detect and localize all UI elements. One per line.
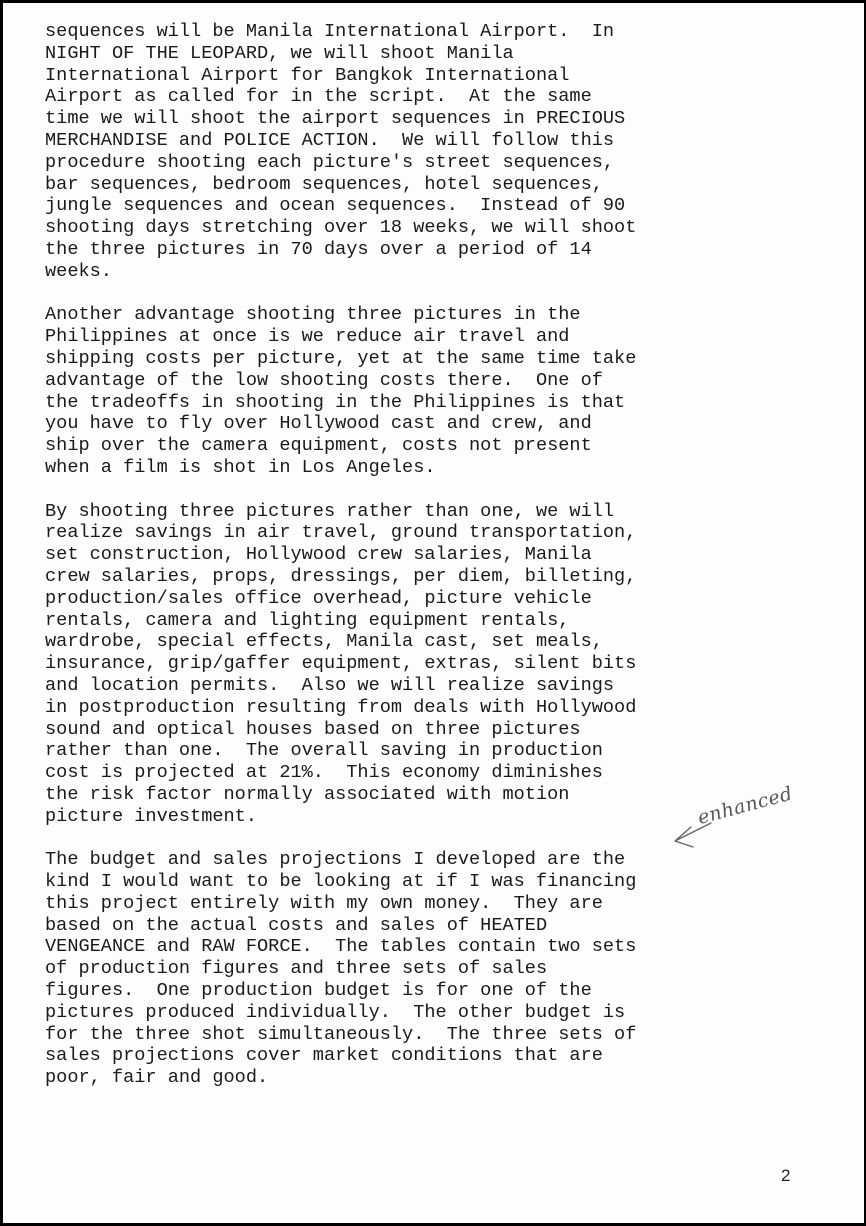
text-line: of production figures and three sets of … bbox=[45, 958, 845, 980]
text-line: procedure shooting each picture's street… bbox=[45, 152, 845, 174]
text-line: this project entirely with my own money.… bbox=[45, 893, 845, 915]
text-line: you have to fly over Hollywood cast and … bbox=[45, 413, 845, 435]
text-line: rather than one. The overall saving in p… bbox=[45, 740, 845, 762]
paragraph: By shooting three pictures rather than o… bbox=[45, 501, 845, 828]
text-line: sequences will be Manila International A… bbox=[45, 21, 845, 43]
text-line: shooting days stretching over 18 weeks, … bbox=[45, 217, 845, 239]
text-line: figures. One production budget is for on… bbox=[45, 980, 845, 1002]
text-line: insurance, grip/gaffer equipment, extras… bbox=[45, 653, 845, 675]
text-line: kind I would want to be looking at if I … bbox=[45, 871, 845, 893]
text-line: rentals, camera and lighting equipment r… bbox=[45, 610, 845, 632]
paragraph: Another advantage shooting three picture… bbox=[45, 304, 845, 478]
text-line: sales projections cover market condition… bbox=[45, 1045, 845, 1067]
text-line: Philippines at once is we reduce air tra… bbox=[45, 326, 845, 348]
text-line: time we will shoot the airport sequences… bbox=[45, 108, 845, 130]
paragraph: The budget and sales projections I devel… bbox=[45, 849, 845, 1089]
text-line: the tradeoffs in shooting in the Philipp… bbox=[45, 392, 845, 414]
document-body: sequences will be Manila International A… bbox=[45, 21, 845, 1111]
text-line: advantage of the low shooting costs ther… bbox=[45, 370, 845, 392]
text-line: MERCHANDISE and POLICE ACTION. We will f… bbox=[45, 130, 845, 152]
text-line: set construction, Hollywood crew salarie… bbox=[45, 544, 845, 566]
text-line: based on the actual costs and sales of H… bbox=[45, 915, 845, 937]
text-line: International Airport for Bangkok Intern… bbox=[45, 65, 845, 87]
text-line: shipping costs per picture, yet at the s… bbox=[45, 348, 845, 370]
text-line: Another advantage shooting three picture… bbox=[45, 304, 845, 326]
text-line: bar sequences, bedroom sequences, hotel … bbox=[45, 174, 845, 196]
document-page: sequences will be Manila International A… bbox=[0, 0, 866, 1226]
page-number: 2 bbox=[781, 1166, 790, 1186]
text-line: By shooting three pictures rather than o… bbox=[45, 501, 845, 523]
text-line: crew salaries, props, dressings, per die… bbox=[45, 566, 845, 588]
text-line: weeks. bbox=[45, 261, 845, 283]
text-line: cost is projected at 21%. This economy d… bbox=[45, 762, 845, 784]
text-line: NIGHT OF THE LEOPARD, we will shoot Mani… bbox=[45, 43, 845, 65]
text-line: ship over the camera equipment, costs no… bbox=[45, 435, 845, 457]
text-line: sound and optical houses based on three … bbox=[45, 719, 845, 741]
text-line: wardrobe, special effects, Manila cast, … bbox=[45, 631, 845, 653]
text-line: realize savings in air travel, ground tr… bbox=[45, 522, 845, 544]
text-line: pictures produced individually. The othe… bbox=[45, 1002, 845, 1024]
text-line: in postproduction resulting from deals w… bbox=[45, 697, 845, 719]
text-line: VENGEANCE and RAW FORCE. The tables cont… bbox=[45, 936, 845, 958]
handwritten-annotation: enhanced bbox=[671, 803, 861, 853]
paragraph: sequences will be Manila International A… bbox=[45, 21, 845, 283]
text-line: the three pictures in 70 days over a per… bbox=[45, 239, 845, 261]
text-line: and location permits. Also we will reali… bbox=[45, 675, 845, 697]
text-line: production/sales office overhead, pictur… bbox=[45, 588, 845, 610]
text-line: jungle sequences and ocean sequences. In… bbox=[45, 195, 845, 217]
text-line: Airport as called for in the script. At … bbox=[45, 86, 845, 108]
text-line: for the three shot simultaneously. The t… bbox=[45, 1024, 845, 1046]
text-line: when a film is shot in Los Angeles. bbox=[45, 457, 845, 479]
text-line: poor, fair and good. bbox=[45, 1067, 845, 1089]
